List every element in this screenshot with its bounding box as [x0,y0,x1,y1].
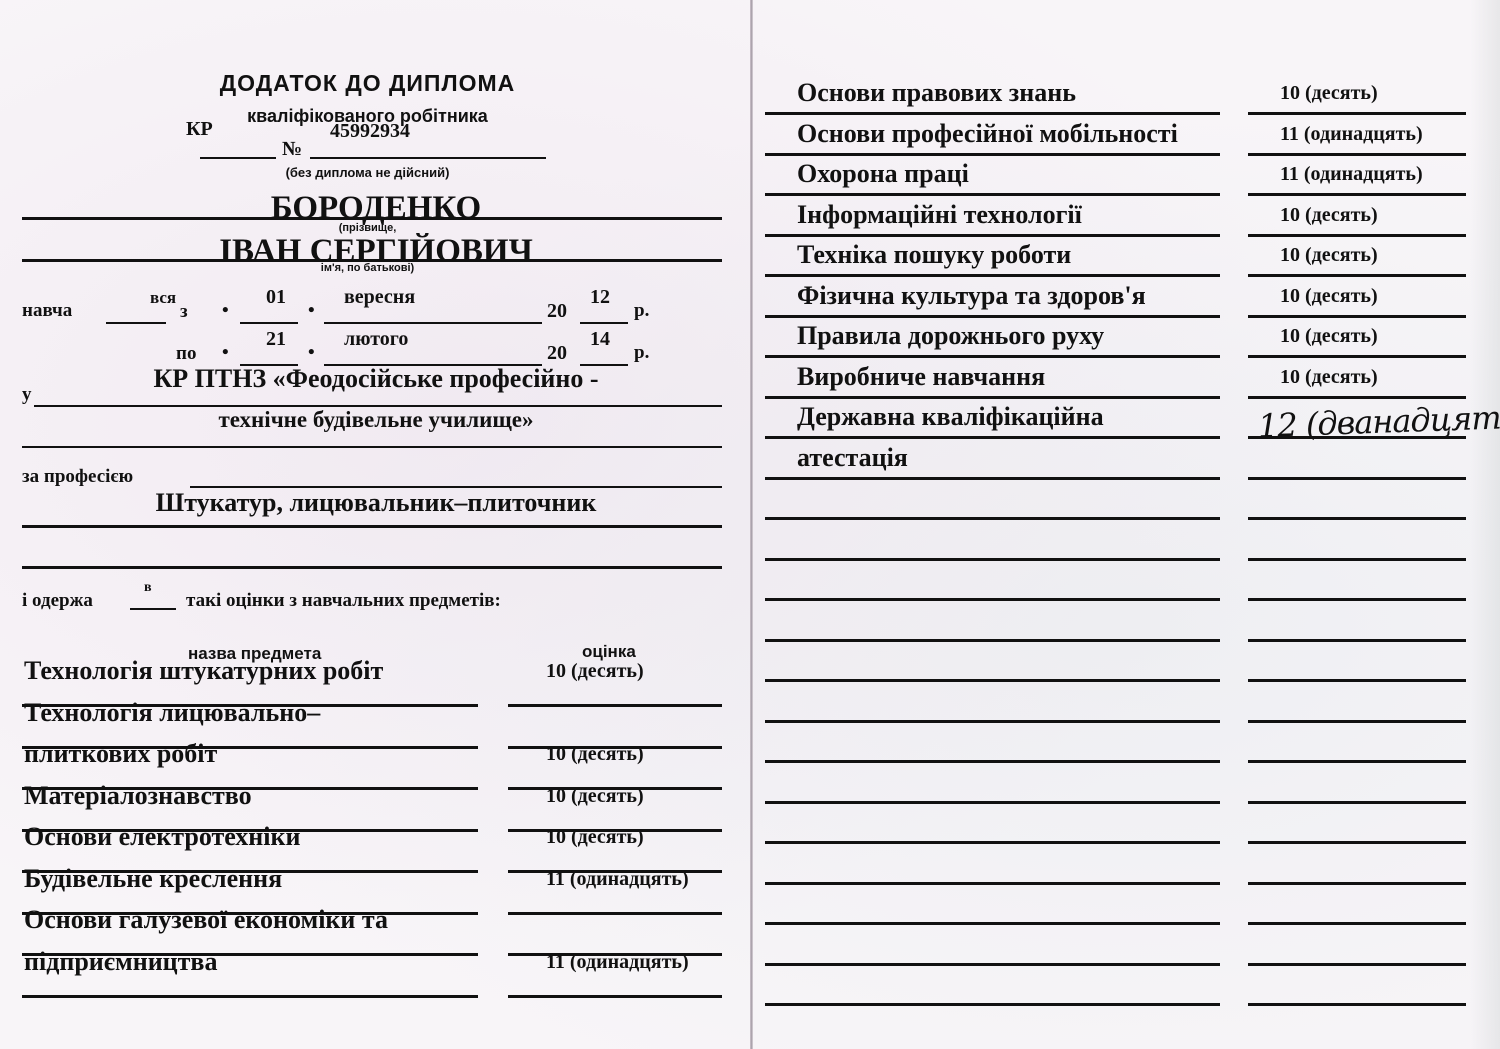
subject-rule-line [765,517,1220,520]
grade-rule-line [1248,760,1466,763]
subject-name: Основи професійної мобільності [797,119,1178,149]
subject-name: Правила дорожнього руху [797,321,1104,351]
grade-rule-line [1248,436,1466,439]
subject-rule-line [765,882,1220,885]
subject-rule-line [22,829,478,832]
subject-rule-line [765,679,1220,682]
grade-rule-line [1248,882,1466,885]
profession-line-2 [22,566,722,569]
studied-label: навча [22,300,72,322]
document-title: ДОДАТОК ДО ДИПЛОМА [0,70,735,97]
to-day: 21 [266,328,286,351]
subject-name: Інформаційні технології [797,200,1082,230]
from-day: 01 [266,286,286,309]
subject-rule-line [22,870,478,873]
subject-rule-line [765,193,1220,196]
subject-grade: 10 (десять) [1280,204,1378,227]
grade-rule-line [1248,234,1466,237]
grade-rule-line [1248,274,1466,277]
subject-rule-line [765,274,1220,277]
subject-rule-line [765,598,1220,601]
grade-rule-line [1248,922,1466,925]
from-day-line [240,322,298,324]
subject-grade: 10 (десять) [1280,244,1378,267]
subject-name: плиткових робіт [24,739,217,769]
subject-rule-line [765,801,1220,804]
subject-name: Фізична культура та здоров'я [797,281,1146,311]
subject-rule-line [765,153,1220,156]
subject-rule-line [765,720,1220,723]
subject-name: Основи правових знань [797,78,1076,108]
subject-grade: 10 (десять) [1280,82,1378,105]
subject-grade: 11 (одинадцять) [1280,163,1423,186]
subject-rule-line [22,704,478,707]
subject-rule-line [765,112,1220,115]
to-year-suffix: р. [634,342,649,364]
subject-rule-line [765,315,1220,318]
grade-rule-line [508,829,722,832]
grades-intro-fill: в [144,580,152,596]
subject-name: Державна кваліфікаційна [797,402,1104,432]
diploma-number: 45992934 [330,120,410,143]
grade-rule-line [1248,558,1466,561]
grade-rule-line [1248,153,1466,156]
studied-suffix: вся [150,288,176,308]
grade-rule-line [508,870,722,873]
grade-rule-line [1248,477,1466,480]
profession-line-1 [22,525,722,528]
subject-rule-line [22,995,478,998]
quote-mark: • [308,342,315,364]
subject-rule-line [765,841,1220,844]
from-year: 12 [590,286,610,309]
diploma-series: КР [186,118,213,141]
grade-rule-line [1248,963,1466,966]
subject-rule-line [765,355,1220,358]
grade-rule-line [1248,679,1466,682]
grades-intro-prefix: і одержа [22,590,93,612]
grade-rule-line [508,995,722,998]
from-month-line [324,322,542,324]
subject-grade: 10 (десять) [546,660,644,683]
subject-name: Технологія лицювально– [24,698,320,728]
series-line [200,157,276,159]
to-month: лютого [344,328,408,351]
subject-grade: 10 (десять) [1280,285,1378,308]
grade-rule-line [1248,598,1466,601]
subject-rule-line [765,922,1220,925]
grade-rule-line [1248,315,1466,318]
grade-rule-line [1248,801,1466,804]
subject-name: Будівельне креслення [24,864,282,894]
number-line [310,157,546,159]
profession-label: за професією [22,466,133,488]
grade-column-header: оцінка [582,642,636,662]
surname-line [22,217,722,220]
given-names-caption: ім'я, по батькові) [0,262,735,274]
subject-name: Основи галузевої економіки та [24,905,388,935]
subject-rule-line [22,953,478,956]
subject-rule-line [765,558,1220,561]
grade-rule-line [508,912,722,915]
grade-rule-line [1248,517,1466,520]
grade-rule-line [1248,396,1466,399]
subject-name: атестація [797,443,908,473]
page-fold [750,0,753,1049]
subject-name: Технологія штукатурних робіт [24,656,383,686]
diploma-supplement-spread: ДОДАТОК ДО ДИПЛОМА кваліфікованого робіт… [0,0,1500,1049]
subject-name: Техніка пошуку роботи [797,240,1071,270]
subject-name: Виробниче навчання [797,362,1045,392]
institution-line-2: технічне будівельне училище» [0,407,752,433]
from-year-prefix: 20 [547,300,567,323]
subject-rule-line [22,787,478,790]
grades-intro-fill-line [130,608,176,610]
to-label: по [176,343,196,365]
from-year-line [580,322,628,324]
grade-rule-line [1248,193,1466,196]
subject-rule-line [765,1003,1220,1006]
subject-name: Матеріалознавство [24,781,252,811]
grade-rule-line [508,953,722,956]
grade-rule-line [1248,1003,1466,1006]
grade-rule-line [1248,639,1466,642]
subject-grade: 11 (одинадцять) [1280,123,1423,146]
from-label: з [180,301,188,323]
subject-rule-line [765,963,1220,966]
subject-rule-line [765,477,1220,480]
year-suffix: р. [634,300,649,322]
subject-rule-line [765,639,1220,642]
grade-rule-line [508,787,722,790]
to-year: 14 [590,328,610,351]
grade-rule-line [1248,112,1466,115]
subject-rule-line [765,760,1220,763]
subject-rule-line [22,746,478,749]
quote-mark: • [222,342,229,364]
quote-mark: • [308,300,315,322]
subject-name: Основи електротехніки [24,822,300,852]
to-year-prefix: 20 [547,342,567,365]
grade-rule-line [1248,355,1466,358]
subject-name: підприємництва [24,947,217,977]
institution-line-rule-2 [22,446,722,448]
subject-rule-line [765,436,1220,439]
subject-rule-line [765,234,1220,237]
grade-rule-line [1248,841,1466,844]
grade-rule-line [508,704,722,707]
validity-note: (без диплома не дійсний) [0,165,735,180]
subject-name: Охорона праці [797,159,969,189]
grade-rule-line [508,746,722,749]
grade-rule-line [1248,720,1466,723]
subject-rule-line [22,912,478,915]
profession-value: Штукатур, лицювальник–плиточник [0,488,752,518]
subject-grade: 10 (десять) [1280,325,1378,348]
quote-mark: • [222,300,229,322]
number-label: № [282,138,302,161]
institution-line-1: КР ПТНЗ «Феодосійське професійно - [0,364,752,394]
subject-rule-line [765,396,1220,399]
from-month: вересня [344,286,415,309]
grades-intro-text: такі оцінки з навчальних предметів: [186,590,501,612]
subject-grade: 10 (десять) [1280,366,1378,389]
studied-suffix-line [106,322,166,324]
page-edge-shadow [1470,0,1500,1049]
